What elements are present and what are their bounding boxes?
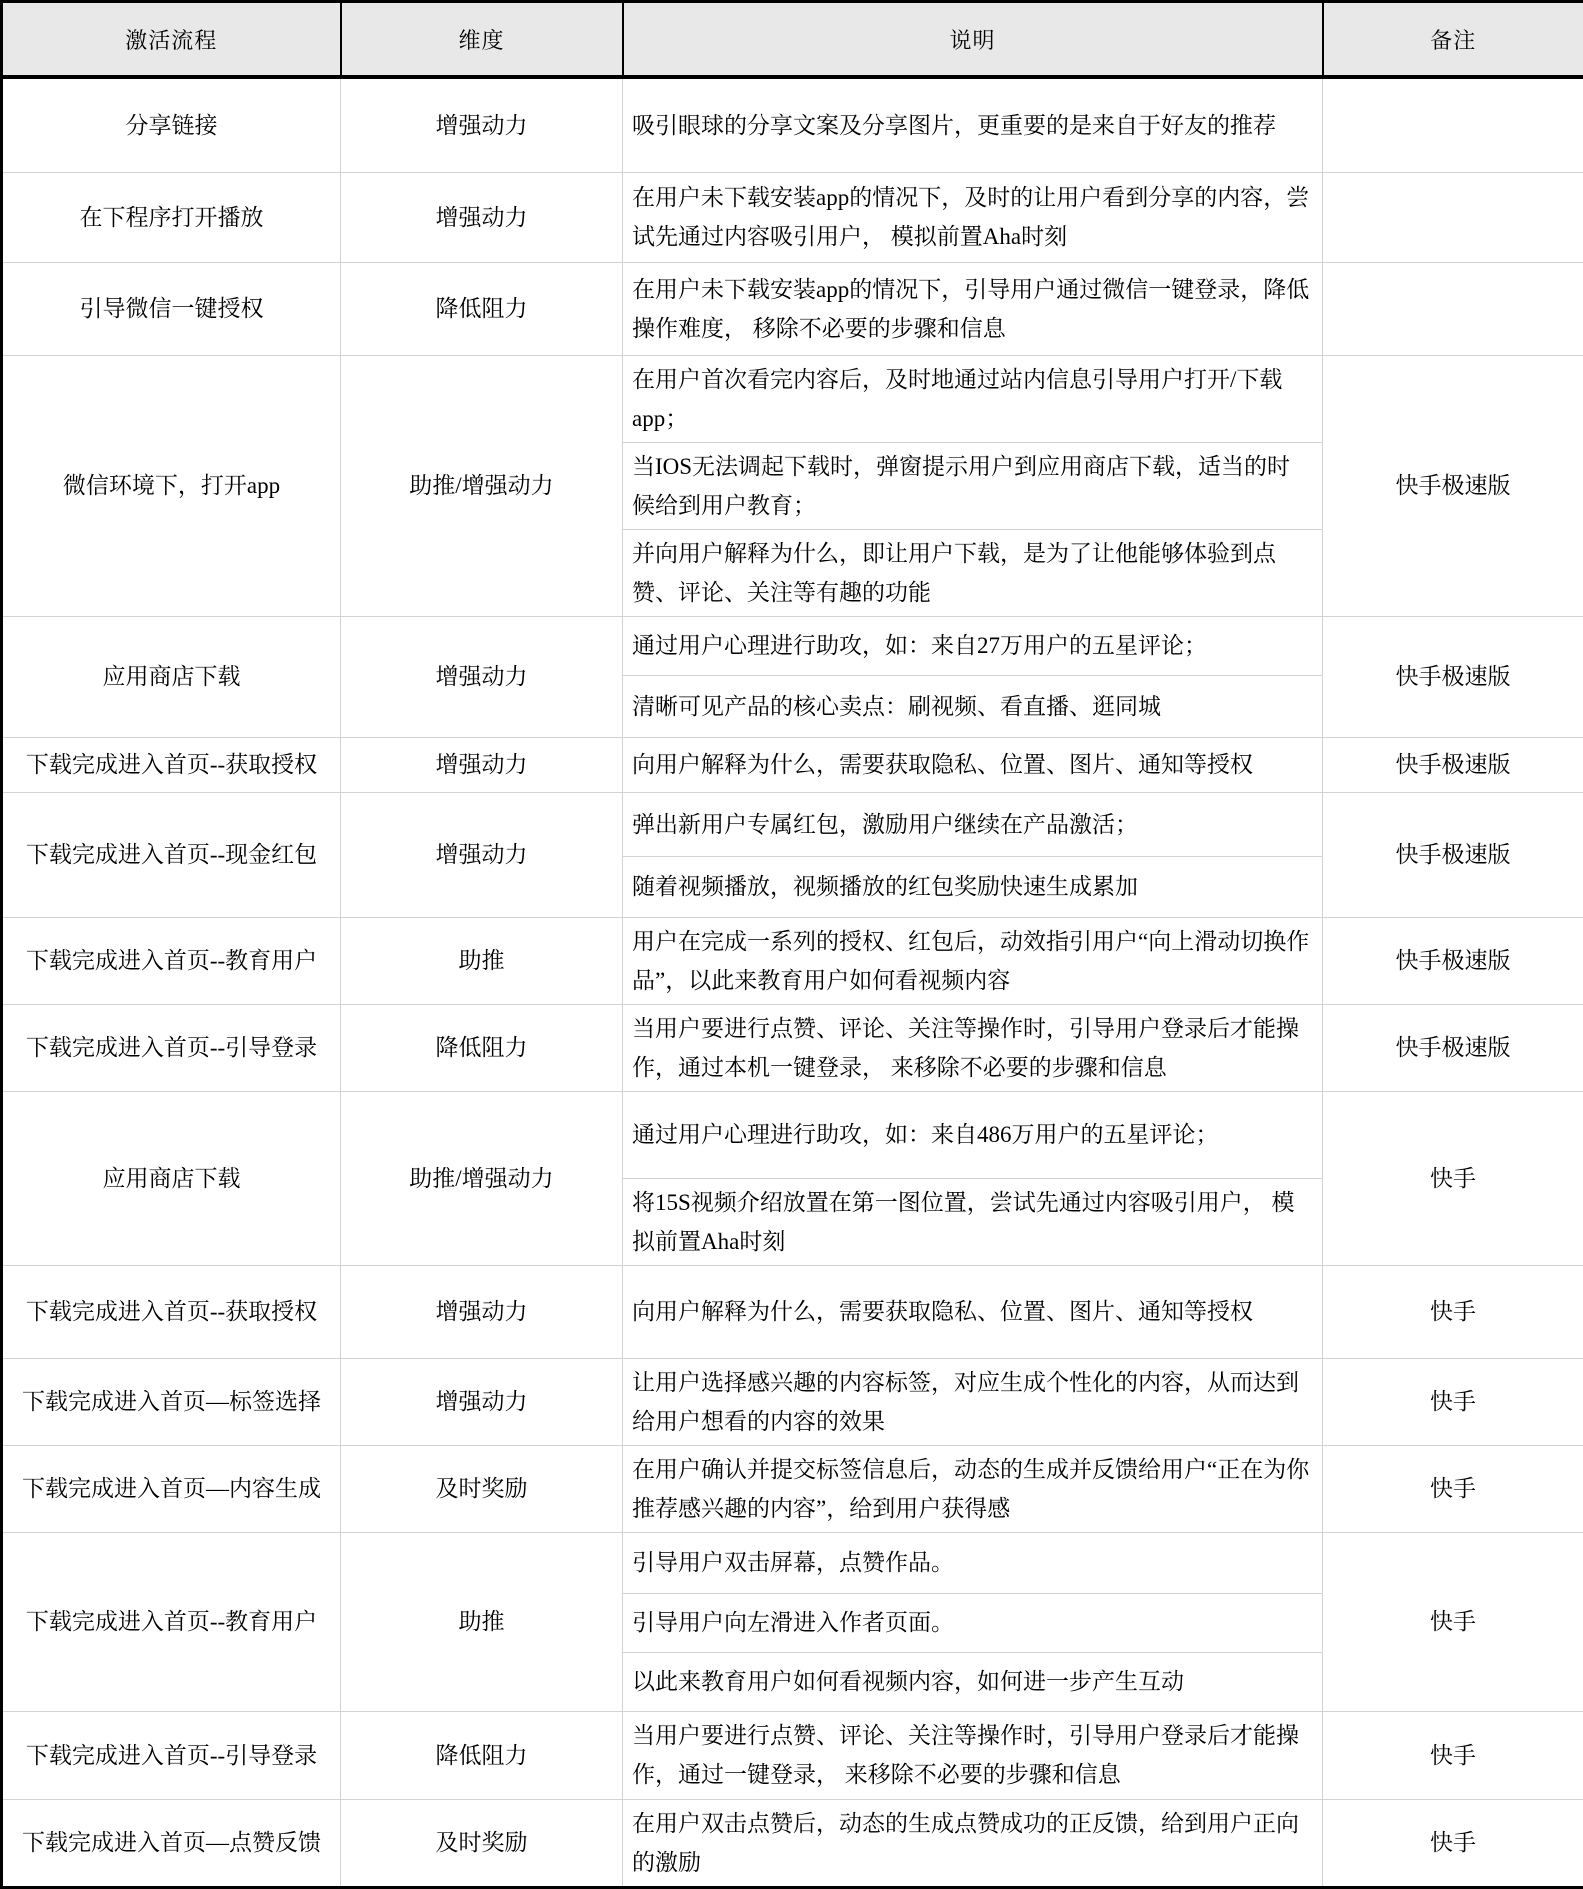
process-cell: 下载完成进入首页—点赞反馈 [2, 1799, 341, 1887]
table-row: 下载完成进入首页--引导登录降低阻力当用户要进行点赞、评论、关注等操作时，引导用… [2, 1004, 1583, 1091]
note-cell: 快手 [1323, 1358, 1583, 1445]
process-cell: 下载完成进入首页--引导登录 [2, 1004, 341, 1091]
table-row: 下载完成进入首页--现金红包增强动力弹出新用户专属红包，激励用户继续在产品激活；… [2, 792, 1583, 856]
dimension-cell: 增强动力 [341, 172, 623, 262]
process-cell: 下载完成进入首页—内容生成 [2, 1445, 341, 1532]
table-row: 下载完成进入首页—内容生成及时奖励在用户确认并提交标签信息后，动态的生成并反馈给… [2, 1445, 1583, 1532]
note-cell: 快手极速版 [1323, 737, 1583, 792]
table-row: 下载完成进入首页—标签选择增强动力让用户选择感兴趣的内容标签，对应生成个性化的内… [2, 1358, 1583, 1445]
dimension-cell: 助推 [341, 917, 623, 1004]
table-row: 下载完成进入首页--获取授权增强动力向用户解释为什么，需要获取隐私、位置、图片、… [2, 737, 1583, 792]
description-cell: 在用户未下载安装app的情况下，及时的让用户看到分享的内容，尝试先通过内容吸引用… [623, 172, 1323, 262]
note-cell [1323, 262, 1583, 355]
process-cell: 下载完成进入首页--获取授权 [2, 1265, 341, 1358]
note-cell: 快手 [1323, 1532, 1583, 1711]
note-cell: 快手极速版 [1323, 792, 1583, 917]
dimension-cell: 增强动力 [341, 792, 623, 917]
note-cell: 快手 [1323, 1711, 1583, 1799]
note-cell: 快手 [1323, 1091, 1583, 1265]
table-row: 在下程序打开播放增强动力在用户未下载安装app的情况下，及时的让用户看到分享的内… [2, 172, 1583, 262]
description-cell: 向用户解释为什么，需要获取隐私、位置、图片、通知等授权 [623, 737, 1323, 792]
process-cell: 下载完成进入首页—标签选择 [2, 1358, 341, 1445]
description-cell: 向用户解释为什么，需要获取隐私、位置、图片、通知等授权 [623, 1265, 1323, 1358]
dimension-cell: 助推/增强动力 [341, 1091, 623, 1265]
process-cell: 下载完成进入首页--教育用户 [2, 1532, 341, 1711]
dimension-cell: 增强动力 [341, 1265, 623, 1358]
description-cell: 通过用户心理进行助攻，如：来自486万用户的五星评论； [623, 1091, 1323, 1178]
activation-table: 激活流程 维度 说明 备注 分享链接增强动力吸引眼球的分享文案及分享图片，更重要… [0, 0, 1583, 1889]
column-header-note: 备注 [1323, 2, 1583, 78]
process-cell: 在下程序打开播放 [2, 172, 341, 262]
description-cell: 并向用户解释为什么，即让用户下载，是为了让他能够体验到点赞、评论、关注等有趣的功… [623, 529, 1323, 616]
column-header-dimension: 维度 [341, 2, 623, 78]
dimension-cell: 降低阻力 [341, 1711, 623, 1799]
note-cell: 快手 [1323, 1799, 1583, 1887]
column-header-activation-flow: 激活流程 [2, 2, 341, 78]
dimension-cell: 增强动力 [341, 1358, 623, 1445]
table-row: 应用商店下载助推/增强动力通过用户心理进行助攻，如：来自486万用户的五星评论；… [2, 1091, 1583, 1178]
description-cell: 当用户要进行点赞、评论、关注等操作时，引导用户登录后才能操作，通过一键登录， 来… [623, 1711, 1323, 1799]
note-cell: 快手极速版 [1323, 917, 1583, 1004]
table-row: 引导微信一键授权降低阻力在用户未下载安装app的情况下，引导用户通过微信一键登录… [2, 262, 1583, 355]
note-cell: 快手极速版 [1323, 616, 1583, 737]
process-cell: 引导微信一键授权 [2, 262, 341, 355]
header-row: 激活流程 维度 说明 备注 [2, 2, 1583, 78]
process-cell: 分享链接 [2, 77, 341, 172]
description-cell: 以此来教育用户如何看视频内容，如何进一步产生互动 [623, 1652, 1323, 1711]
table-row: 下载完成进入首页—点赞反馈及时奖励在用户双击点赞后，动态的生成点赞成功的正反馈，… [2, 1799, 1583, 1887]
description-cell: 随着视频播放，视频播放的红包奖励快速生成累加 [623, 856, 1323, 917]
note-cell: 快手极速版 [1323, 355, 1583, 616]
description-cell: 引导用户双击屏幕，点赞作品。 [623, 1532, 1323, 1593]
process-cell: 应用商店下载 [2, 616, 341, 737]
process-cell: 下载完成进入首页--获取授权 [2, 737, 341, 792]
process-cell: 应用商店下载 [2, 1091, 341, 1265]
description-cell: 在用户确认并提交标签信息后，动态的生成并反馈给用户“正在为你推荐感兴趣的内容”，… [623, 1445, 1323, 1532]
description-cell: 让用户选择感兴趣的内容标签，对应生成个性化的内容，从而达到给用户想看的内容的效果 [623, 1358, 1323, 1445]
dimension-cell: 降低阻力 [341, 1004, 623, 1091]
dimension-cell: 及时奖励 [341, 1445, 623, 1532]
description-cell: 通过用户心理进行助攻，如：来自27万用户的五星评论； [623, 616, 1323, 675]
description-cell: 吸引眼球的分享文案及分享图片，更重要的是来自于好友的推荐 [623, 77, 1323, 172]
description-cell: 引导用户向左滑进入作者页面。 [623, 1593, 1323, 1652]
note-cell [1323, 172, 1583, 262]
process-cell: 微信环境下，打开app [2, 355, 341, 616]
description-cell: 在用户首次看完内容后，及时地通过站内信息引导用户打开/下载app； [623, 355, 1323, 442]
table-row: 下载完成进入首页--教育用户助推引导用户双击屏幕，点赞作品。快手 [2, 1532, 1583, 1593]
note-cell [1323, 77, 1583, 172]
process-cell: 下载完成进入首页--现金红包 [2, 792, 341, 917]
table-row: 下载完成进入首页--获取授权增强动力向用户解释为什么，需要获取隐私、位置、图片、… [2, 1265, 1583, 1358]
table-row: 应用商店下载增强动力通过用户心理进行助攻，如：来自27万用户的五星评论；快手极速… [2, 616, 1583, 675]
description-cell: 用户在完成一系列的授权、红包后，动效指引用户“向上滑动切换作品”，以此来教育用户… [623, 917, 1323, 1004]
note-cell: 快手 [1323, 1265, 1583, 1358]
table-row: 分享链接增强动力吸引眼球的分享文案及分享图片，更重要的是来自于好友的推荐 [2, 77, 1583, 172]
description-cell: 当IOS无法调起下载时，弹窗提示用户到应用商店下载，适当的时候给到用户教育； [623, 442, 1323, 529]
column-header-description: 说明 [623, 2, 1323, 78]
table-body: 分享链接增强动力吸引眼球的分享文案及分享图片，更重要的是来自于好友的推荐在下程序… [2, 77, 1583, 1887]
description-cell: 在用户未下载安装app的情况下，引导用户通过微信一键登录，降低操作难度， 移除不… [623, 262, 1323, 355]
description-cell: 在用户双击点赞后，动态的生成点赞成功的正反馈，给到用户正向的激励 [623, 1799, 1323, 1887]
dimension-cell: 降低阻力 [341, 262, 623, 355]
dimension-cell: 增强动力 [341, 77, 623, 172]
description-cell: 当用户要进行点赞、评论、关注等操作时，引导用户登录后才能操作，通过本机一键登录，… [623, 1004, 1323, 1091]
note-cell: 快手 [1323, 1445, 1583, 1532]
description-cell: 弹出新用户专属红包，激励用户继续在产品激活； [623, 792, 1323, 856]
process-cell: 下载完成进入首页--教育用户 [2, 917, 341, 1004]
dimension-cell: 及时奖励 [341, 1799, 623, 1887]
dimension-cell: 增强动力 [341, 616, 623, 737]
note-cell: 快手极速版 [1323, 1004, 1583, 1091]
process-cell: 下载完成进入首页--引导登录 [2, 1711, 341, 1799]
dimension-cell: 助推/增强动力 [341, 355, 623, 616]
table-row: 下载完成进入首页--教育用户助推用户在完成一系列的授权、红包后，动效指引用户“向… [2, 917, 1583, 1004]
description-cell: 清晰可见产品的核心卖点：刷视频、看直播、逛同城 [623, 675, 1323, 737]
dimension-cell: 助推 [341, 1532, 623, 1711]
dimension-cell: 增强动力 [341, 737, 623, 792]
description-cell: 将15S视频介绍放置在第一图位置，尝试先通过内容吸引用户， 模拟前置Aha时刻 [623, 1178, 1323, 1265]
table-row: 微信环境下，打开app助推/增强动力在用户首次看完内容后，及时地通过站内信息引导… [2, 355, 1583, 442]
table-row: 下载完成进入首页--引导登录降低阻力当用户要进行点赞、评论、关注等操作时，引导用… [2, 1711, 1583, 1799]
